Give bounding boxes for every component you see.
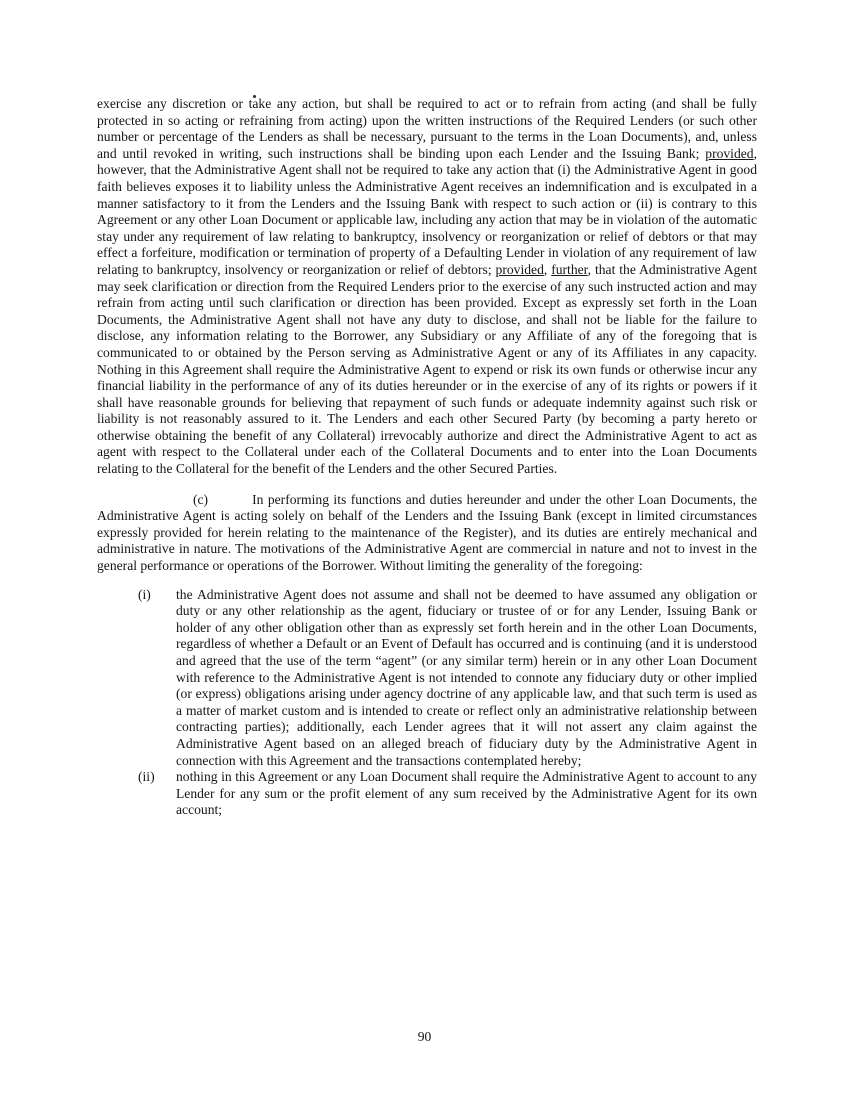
clause-list: (i) the Administrative Agent does not as… xyxy=(97,587,757,819)
clause-text-ii: nothing in this Agreement or any Loan Do… xyxy=(176,769,757,817)
clause-marker-ii: (ii) xyxy=(138,769,155,786)
page-number: 90 xyxy=(0,1029,849,1045)
paragraph-c-label: (c) xyxy=(193,492,208,507)
clause-item-ii: (ii) nothing in this Agreement or any Lo… xyxy=(97,769,757,819)
clause-text-i: the Administrative Agent does not assume… xyxy=(176,587,757,768)
clause-marker-i: (i) xyxy=(138,587,151,604)
paragraph-main: exercise any discretion or take any acti… xyxy=(97,96,757,478)
document-body: exercise any discretion or take any acti… xyxy=(97,96,757,819)
paragraph-c: (c)In performing its functions and dutie… xyxy=(97,492,757,575)
document-page: exercise any discretion or take any acti… xyxy=(0,0,849,1100)
clause-item-i: (i) the Administrative Agent does not as… xyxy=(97,587,757,770)
